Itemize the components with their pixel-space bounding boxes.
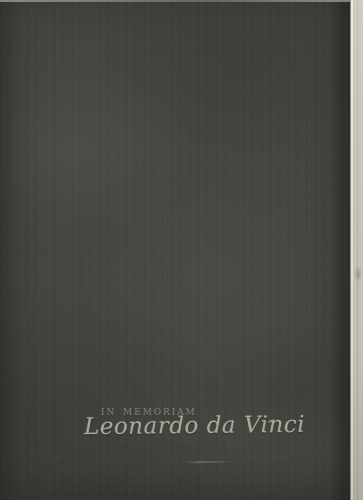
cover-title: Leonardo da Vinci bbox=[84, 413, 305, 441]
page-edge-smudge bbox=[354, 266, 362, 282]
book-page-edge-strip bbox=[350, 0, 363, 500]
book-front-cover: IN MEMORIAM Leonardo da Vinci bbox=[0, 0, 350, 500]
page-edge-seam bbox=[357, 0, 358, 500]
book-cover-photo: IN MEMORIAM Leonardo da Vinci bbox=[0, 0, 363, 500]
